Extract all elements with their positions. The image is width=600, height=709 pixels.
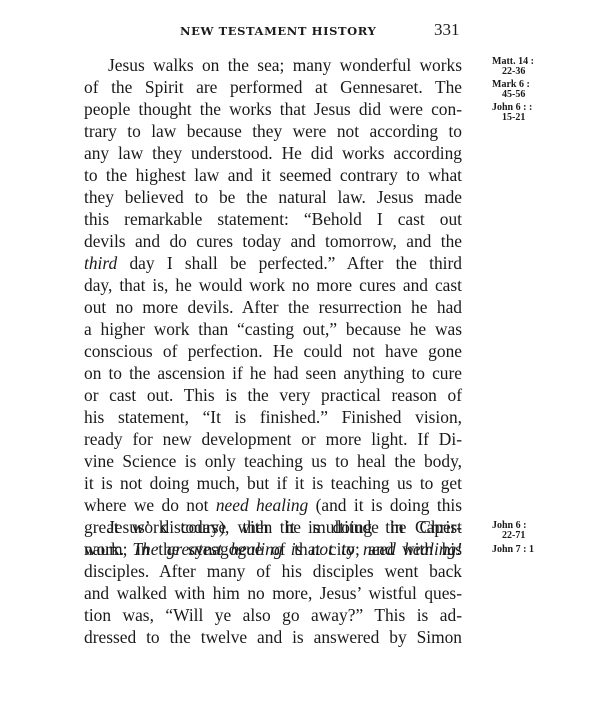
page-number: 331 [434, 20, 460, 40]
text-span: where we do not [84, 495, 208, 515]
margin-note-john-6a: John 6 : : 15-21 [492, 103, 532, 123]
text-line-mixed: third day I shall be perfected.” After t… [84, 252, 462, 274]
text-line: any law they understood. He did works ac… [84, 142, 462, 164]
running-title: NEW TESTAMENT HISTORY [180, 24, 376, 38]
text-line: tion was, “Will ye also go away?” This i… [84, 604, 462, 626]
text-line: dressed to the twelve and is answered by… [84, 626, 462, 648]
text-line: his statement, “It is finished.” Finishe… [84, 406, 462, 428]
margin-note-john-7: John 7 : 1 [492, 545, 534, 555]
text-line: they believed to be the natural law. Jes… [84, 186, 462, 208]
text-line: trary to law because they were not accor… [84, 120, 462, 142]
text-line: day, that is, he would work no more cure… [84, 274, 462, 296]
text-line: a higher work than “casting out,” becaus… [84, 318, 462, 340]
paragraph-2: Jesus’ discourse with the multitude in C… [84, 516, 462, 648]
text-line: of the Spirit are performed at Gennesare… [84, 76, 462, 98]
book-page: NEW TESTAMENT HISTORY 331 Jesus walks on… [0, 0, 600, 709]
italic-emphasis: third [84, 253, 117, 273]
margin-note-matthew: Matt. 14 : 22-36 [492, 57, 534, 77]
text-line: vine Science is only teaching us to heal… [84, 450, 462, 472]
margin-note-mark: Mark 6 : 45-56 [492, 80, 530, 100]
scripture-verses: 22-36 [492, 67, 534, 77]
text-line: this remarkable statement: “Behold I cas… [84, 208, 462, 230]
scripture-verses: 45-56 [492, 90, 530, 100]
text-line: conscious of perfection. He could not ha… [84, 340, 462, 362]
text-line: people thought the works that Jesus did … [84, 98, 462, 120]
text-line: to the highest law and it seemed contrar… [84, 164, 462, 186]
text-line: or cast out. This is the very practical … [84, 384, 462, 406]
text-line: it is not doing much, but if it is teach… [84, 472, 462, 494]
text-line: out no more devils. After the resurrecti… [84, 296, 462, 318]
scripture-verses: 22-71 [492, 531, 526, 541]
scripture-ref: John 7 : 1 [492, 545, 534, 555]
running-head: NEW TESTAMENT HISTORY 331 [0, 20, 600, 42]
text-line: Jesus’ discourse with the multitude in C… [84, 516, 462, 538]
text-line: disciples. After many of his disciples w… [84, 560, 462, 582]
text-span: day I shall be perfected.” After the thi… [129, 253, 462, 273]
margin-note-john-6b: John 6 : 22-71 [492, 521, 526, 541]
paragraph-1: Jesus walks on the sea; many wonderful w… [84, 54, 462, 560]
text-line: and walked with him no more, Jesus’ wist… [84, 582, 462, 604]
text-line: Jesus walks on the sea; many wonderful w… [84, 54, 462, 76]
text-span: (and it is doing this [308, 495, 462, 515]
scripture-verses: 15-21 [492, 113, 532, 123]
text-line: naum; in the synagogue of that city; and… [84, 538, 462, 560]
text-line: ready for new development or more light.… [84, 428, 462, 450]
italic-emphasis: need healing [216, 495, 308, 515]
text-line-mixed: where we do not need healing (and it is … [84, 494, 462, 516]
text-line: devils and do cures today and tomorrow, … [84, 230, 462, 252]
text-line: on to the ascension if he had seen anyth… [84, 362, 462, 384]
